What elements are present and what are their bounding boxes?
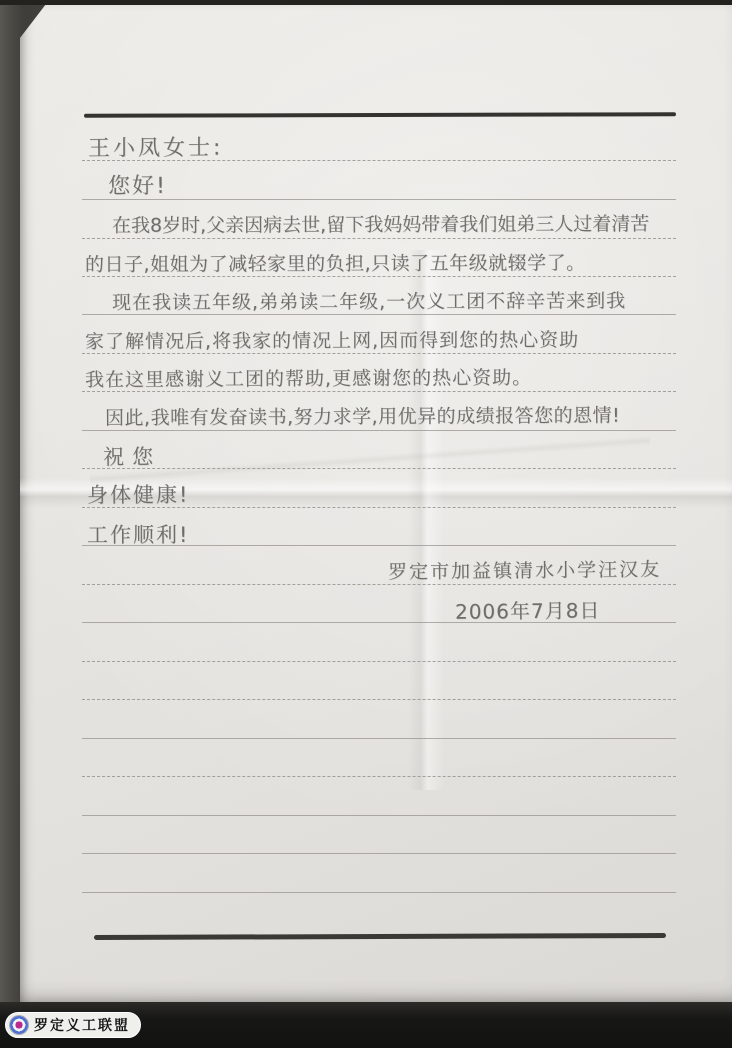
ruled-line — [82, 468, 676, 469]
letter-line-wish-health: 身体健康! — [87, 479, 190, 510]
letter-line-date: 2006年7月8日 — [455, 594, 601, 625]
letter-line-wish-work: 工作顺利! — [87, 519, 190, 549]
letter-line-greeting: 您好! — [108, 169, 167, 201]
ruled-line — [82, 584, 676, 585]
letter-line-para3: 因此,我唯有发奋读书,努力求学,用优异的成绩报答您的恩情! — [105, 401, 620, 431]
ruled-line — [82, 661, 676, 662]
ruled-line — [82, 238, 676, 239]
letter-line-para1-2: 的日子,姐姐为了减轻家里的负担,只读了五年级就辍学了。 — [85, 248, 586, 277]
letter-line-signature: 罗定市加益镇清水小学汪汉友 — [388, 555, 661, 585]
volunteer-alliance-logo-icon — [10, 1016, 28, 1034]
watermark-badge: 罗定义工联盟 — [5, 1012, 141, 1038]
scanner-edge-top — [0, 0, 732, 5]
letter-line-para1-1: 在我8岁时,父亲因病去世,留下我妈妈带着我们姐弟三人过着清苦 — [112, 209, 649, 238]
letter-line-para2-2: 家了解情况后,将我家的情况上网,因而得到您的热心资助 — [85, 325, 579, 354]
ruled-line — [82, 815, 676, 816]
ruled-line — [82, 892, 676, 893]
watermark-label: 罗定义工联盟 — [34, 1015, 130, 1035]
ruled-line — [82, 738, 676, 739]
letter-line-para2-3: 我在这里感谢义工团的帮助,更感谢您的热心资助。 — [85, 363, 532, 392]
letter-line-salutation: 王小凤女士: — [88, 131, 224, 163]
letter-line-para2-1: 现在我读五年级,弟弟读二年级,一次义工团不辞辛苦来到我 — [112, 286, 626, 315]
ruled-line — [82, 199, 676, 200]
letter-line-wish-intro: 祝您 — [103, 441, 161, 472]
ruled-line — [82, 699, 676, 700]
ruled-line — [82, 776, 676, 777]
ruled-line — [82, 853, 676, 854]
ruled-line — [82, 430, 676, 431]
scanned-letter-page: 王小凤女士: 您好! 在我8岁时,父亲因病去世,留下我妈妈带着我们姐弟三人过着清… — [0, 0, 732, 1048]
